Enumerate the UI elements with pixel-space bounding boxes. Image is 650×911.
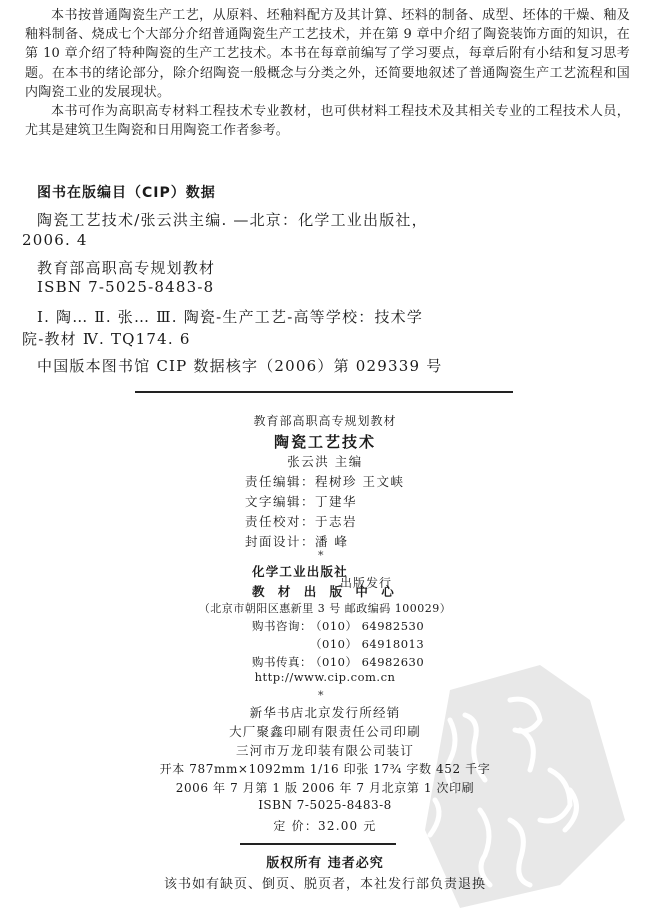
credit-proofreader: 责任校对：于志岩 <box>245 512 357 530</box>
format-line: 开本 787mm×1092mm 1/16 印张 17¾ 字数 452 千字 <box>0 760 650 777</box>
credit-value: 丁建华 <box>315 494 357 509</box>
summary-paragraph-2: 本书可作为高职高专材料工程技术专业教材，也可供材料工程技术及其相关专业的工程技术… <box>25 102 630 140</box>
copyright-notice: 版权所有 违者必究 <box>0 852 650 871</box>
purchase-phone-1: （010） 64982530 <box>310 618 424 634</box>
price-line: 定 价：32.00 元 <box>0 817 650 834</box>
credit-value: 程树珍 王文峡 <box>315 474 404 489</box>
printer-line: 大厂聚鑫印刷有限责任公司印刷 <box>0 722 650 740</box>
publisher-action: 出版发行 <box>340 574 392 591</box>
separator-star-1: * <box>318 549 324 562</box>
binder-line: 三河市万龙印装有限公司装订 <box>0 741 650 759</box>
publisher-address: （北京市朝阳区惠新里 3 号 邮政编码 100029） <box>0 600 650 616</box>
cip-number: 中国版本图书馆 CIP 数据核字（2006）第 029339 号 <box>37 355 442 376</box>
divider-top <box>135 391 513 393</box>
cip-subjects-line-2: 院-教材 Ⅳ. TQ174. 6 <box>22 328 191 349</box>
fax-phone: （010） 64982630 <box>310 654 424 670</box>
publisher-url: http://www.cip.com.cn <box>0 670 650 684</box>
cip-subjects-line-1: Ⅰ. 陶… Ⅱ. 张… Ⅲ. 陶瓷-生产工艺-高等学校：技术学 <box>37 306 423 327</box>
credit-value: 于志岩 <box>315 514 357 529</box>
credit-label: 责任编辑： <box>245 474 315 489</box>
fax-label: 购书传真： <box>252 654 312 670</box>
cip-heading: 图书在版编目（CIP）数据 <box>37 182 216 202</box>
credit-label: 文字编辑： <box>245 494 315 509</box>
cip-isbn: ISBN 7-5025-8483-8 <box>37 278 214 296</box>
purchase-label: 购书咨询： <box>252 618 312 634</box>
credit-label: 责任校对： <box>245 514 315 529</box>
credit-responsible-editor: 责任编辑：程树珍 王文峡 <box>245 472 405 490</box>
credit-label: 封面设计： <box>245 534 315 549</box>
separator-star-2: * <box>318 689 324 702</box>
cip-series: 教育部高职高专规划教材 <box>37 257 215 278</box>
divider-bottom <box>240 843 396 845</box>
credit-text-editor: 文字编辑：丁建华 <box>245 492 357 510</box>
edition-line: 2006 年 7 月第 1 版 2006 年 7 月北京第 1 次印刷 <box>0 779 650 796</box>
summary-paragraph-1: 本书按普通陶瓷生产工艺，从原料、坯釉料配方及其计算、坯料的制备、成型、坯体的干燥… <box>25 6 630 102</box>
imprint-isbn: ISBN 7-5025-8483-8 <box>0 798 650 812</box>
publisher-name: 化学工业出版社 <box>252 562 348 580</box>
distributor-line: 新华书店北京发行所经销 <box>0 703 650 721</box>
credit-cover-design: 封面设计：潘 峰 <box>245 532 349 550</box>
imprint-series: 教育部高职高专规划教材 <box>0 412 650 429</box>
imprint-editor: 张云洪 主编 <box>0 452 650 470</box>
copyright-note: 该书如有缺页、倒页、脱页者，本社发行部负责退换 <box>0 873 650 892</box>
cip-date-line: 2006. 4 <box>22 231 88 249</box>
imprint-title: 陶瓷工艺技术 <box>0 431 650 452</box>
credit-value: 潘 峰 <box>315 534 348 549</box>
book-summary: 本书按普通陶瓷生产工艺，从原料、坯釉料配方及其计算、坯料的制备、成型、坯体的干燥… <box>25 6 630 140</box>
purchase-phone-2: （010） 64918013 <box>310 636 424 652</box>
cip-title-line: 陶瓷工艺技术/张云洪主编. —北京：化学工业出版社， <box>37 209 428 230</box>
